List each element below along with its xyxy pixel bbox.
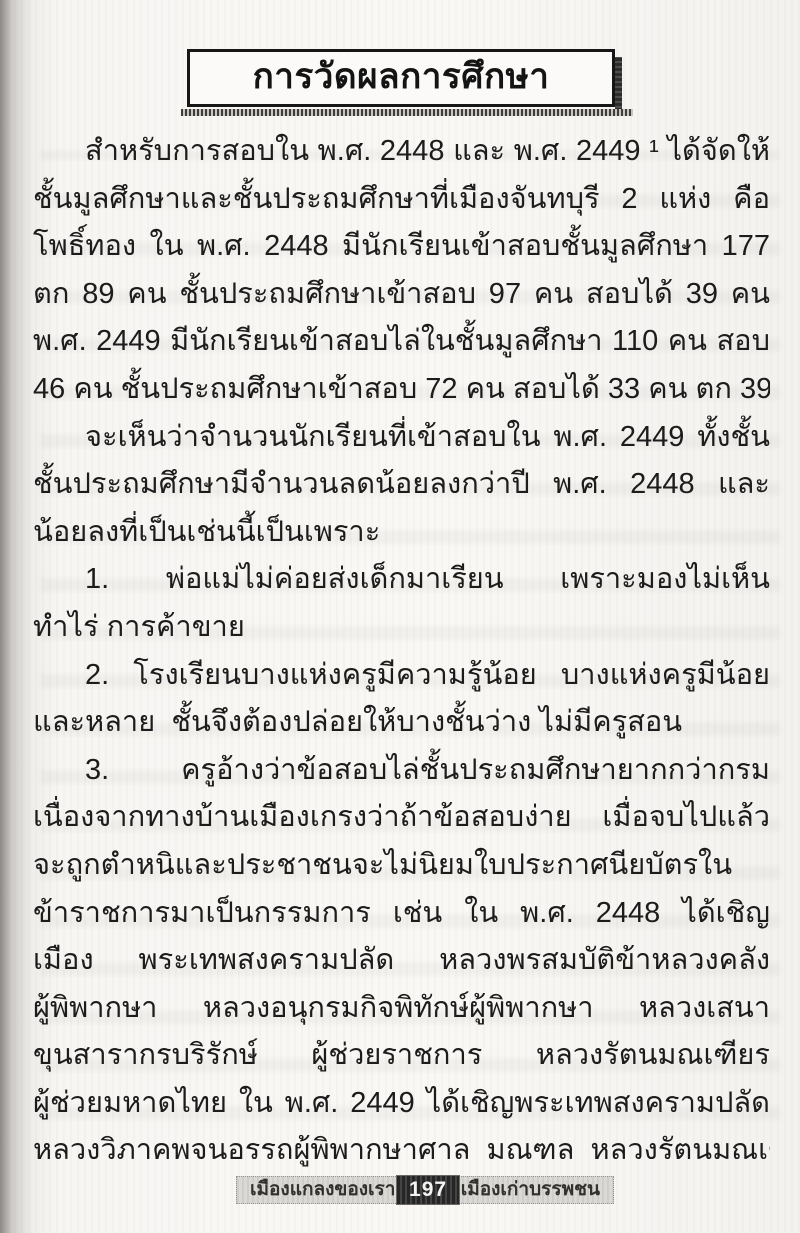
page-title: การวัดผลการศึกษา xyxy=(253,49,550,104)
body-line: สำหรับการสอบใน พ.ศ. 2448 และ พ.ศ. 2449 ¹… xyxy=(33,128,770,176)
body-line: เมือง พระเทพสงครามปลัด หลวงพรสมบัติข้าหล… xyxy=(33,937,770,985)
body-line: 2. โรงเรียนบางแห่งครูมีความรู้น้อย บางแห… xyxy=(33,652,770,700)
body-line: ชั้นมูลศึกษาและชั้นประถมศึกษาที่เมืองจัน… xyxy=(33,176,770,224)
body-text: สำหรับการสอบใน พ.ศ. 2448 และ พ.ศ. 2449 ¹… xyxy=(33,128,770,1175)
body-line: 1. พ่อแม่ไม่ค่อยส่งเด็กมาเรียน เพราะมองไ… xyxy=(33,556,770,604)
body-line: ทำไร่ การค้าขาย xyxy=(33,604,770,652)
footer-right-label: เมืองเก่าบรรพชน xyxy=(461,1174,600,1204)
binding-shadow xyxy=(0,0,34,1233)
body-line: เนื่องจากทางบ้านเมืองเกรงว่าถ้าข้อสอบง่า… xyxy=(33,794,770,842)
body-line: ชั้นประถมศึกษามีจำนวนลดน้อยลงกว่าปี พ.ศ.… xyxy=(33,461,770,509)
body-line: โพธิ์ทอง ใน พ.ศ. 2448 มีนักเรียนเข้าสอบช… xyxy=(33,223,770,271)
body-line: ผู้พิพากษา หลวงอนุกรมกิจพิทักษ์ผู้พิพากษ… xyxy=(33,985,770,1033)
body-line: น้อยลงที่เป็นเช่นนี้เป็นเพราะ xyxy=(33,509,770,557)
body-line: พ.ศ. 2449 มีนักเรียนเข้าสอบไล่ในชั้นมูลศ… xyxy=(33,318,770,366)
body-line: และหลาย ชั้นจึงต้องปล่อยให้บางชั้นว่าง ไ… xyxy=(33,699,770,747)
footer-left-label: เมืองแกลงของเรา xyxy=(250,1174,395,1204)
scanned-book-page: การวัดผลการศึกษา สำหรับการสอบใน พ.ศ. 244… xyxy=(0,0,800,1233)
body-line: ข้าราชการมาเป็นกรรมการ เช่น ใน พ.ศ. 2448… xyxy=(33,890,770,938)
title-box-shadow-right xyxy=(615,57,622,111)
body-line: หลวงวิภาคพจนอรรถผู้พิพากษาศาล มณฑล หลวงร… xyxy=(33,1127,770,1175)
body-line: 3. ครูอ้างว่าข้อสอบไล่ชั้นประถมศึกษายากก… xyxy=(33,747,770,795)
page-number-badge: 197 xyxy=(397,1176,459,1204)
title-box: การวัดผลการศึกษา xyxy=(187,49,615,107)
title-box-shadow-bottom xyxy=(181,109,633,116)
body-line: จะเห็นว่าจำนวนนักเรียนที่เข้าสอบใน พ.ศ. … xyxy=(33,414,770,462)
body-line: จะถูกตำหนิและประชาชนจะไม่นิยมใบประกาศนีย… xyxy=(33,842,770,890)
body-line: ตก 89 คน ชั้นประถมศึกษาเข้าสอบ 97 คน สอบ… xyxy=(33,271,770,319)
body-line: ขุนสารากรบริรักษ์ ผู้ช่วยราชการ หลวงรัตน… xyxy=(33,1032,770,1080)
body-line: 46 คน ชั้นประถมศึกษาเข้าสอบ 72 คน สอบได้… xyxy=(33,366,770,414)
footer-bar: เมืองแกลงของเรา 197 เมืองเก่าบรรพชน xyxy=(236,1176,614,1204)
body-line: ผู้ช่วยมหาดไทย ใน พ.ศ. 2449 ได้เชิญพระเท… xyxy=(33,1080,770,1128)
